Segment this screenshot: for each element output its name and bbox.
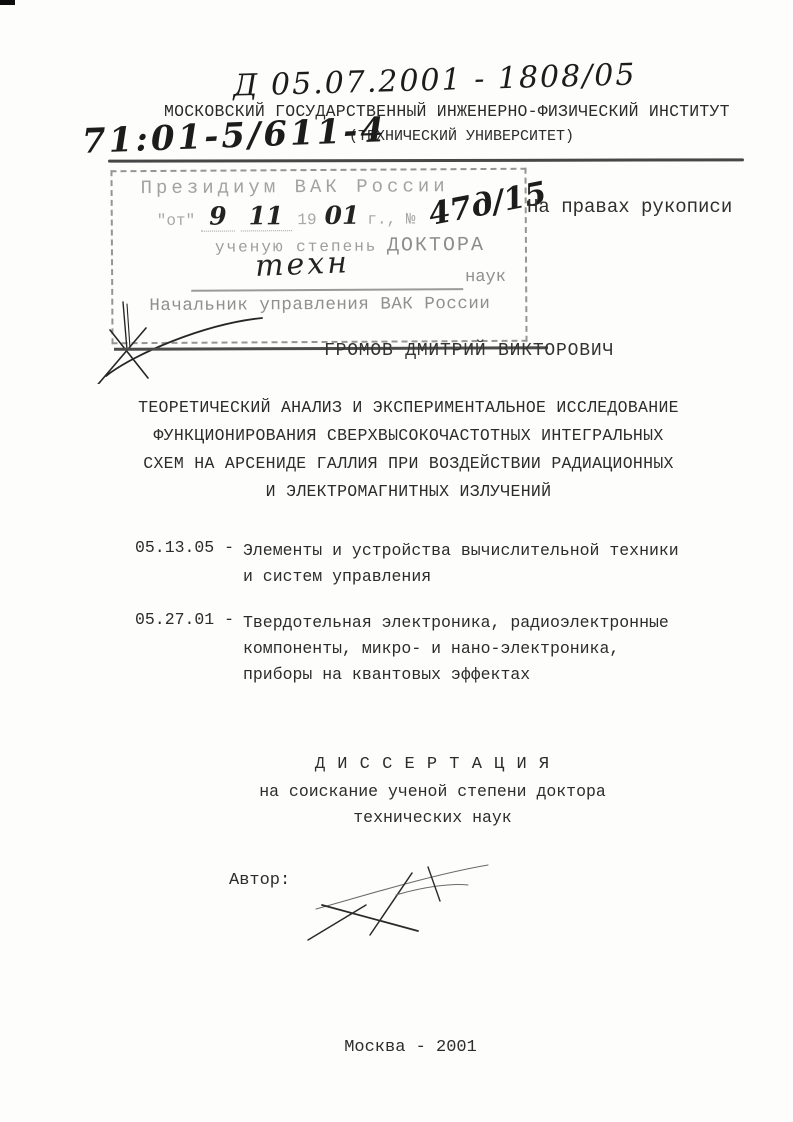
registration-number-handwriting: Д 05.07.2001 - 1808/05 <box>233 57 637 103</box>
specialty-text-line: и систем управления <box>243 564 679 590</box>
stamp-nauk-label: наук <box>465 268 506 287</box>
stamp-year-prefix: 19 <box>297 211 316 229</box>
title-line: СХЕМ НА АРСЕНИДЕ ГАЛЛИЯ ПРИ ВОЗДЕЙСТВИИ … <box>24 450 793 478</box>
stamp-year-handwriting: 01 <box>322 201 361 230</box>
city-year: Москва - 2001 <box>14 1038 793 1057</box>
dissertation-subtitle-line: на соискание ученой степени доктора <box>36 779 793 805</box>
specialty-text-line: компоненты, микро- и нано-электроника, <box>243 636 669 662</box>
stamp-signature <box>92 292 277 384</box>
dissertation-statement: Д И С С Е Р Т А Ц И Я на соискание учено… <box>36 750 793 831</box>
author-label: Автор: <box>229 871 290 890</box>
dissertation-subtitle-line: технических наук <box>36 805 793 831</box>
stamp-degree-word: ДОКТОРА <box>387 234 485 258</box>
stamp-number-label: г., № <box>367 210 415 228</box>
author-signature <box>298 843 498 943</box>
title-line: И ЭЛЕКТРОМАГНИТНЫХ ИЗЛУЧЕНИЙ <box>24 478 793 506</box>
specialty-text-line: Твердотельная электроника, радиоэлектрон… <box>243 610 669 636</box>
specialty-code: 05.13.05 - <box>135 538 243 557</box>
specialty-text-line: Элементы и устройства вычислительной тех… <box>243 538 679 564</box>
specialty-text-line: приборы на квантовых эффектах <box>243 662 669 688</box>
stamp-from-label: "от" <box>157 212 196 230</box>
specialty-code: 05.27.01 - <box>135 610 243 629</box>
title-line: ФУНКЦИОНИРОВАНИЯ СВЕРХВЫСОКОЧАСТОТНЫХ ИН… <box>24 422 793 450</box>
horizontal-rule <box>108 158 744 162</box>
dissertation-heading: Д И С С Е Р Т А Ц И Я <box>36 750 793 779</box>
manuscript-rights-note: На правах рукописи <box>527 196 732 218</box>
specialty-item-05-27-01: 05.27.01 - Твердотельная электроника, ра… <box>135 610 669 688</box>
stamp-field-handwriting: техн <box>254 245 350 284</box>
author-name: ГРОМОВ ДМИТРИЙ ВИКТОРОВИЧ <box>324 341 614 361</box>
specialty-item-05-13-05: 05.13.05 - Элементы и устройства вычисли… <box>135 538 679 590</box>
stamp-day-handwriting: 9 <box>201 202 235 232</box>
dissertation-title: ТЕОРЕТИЧЕСКИЙ АНАЛИЗ И ЭКСПЕРИМЕНТАЛЬНОЕ… <box>0 394 793 506</box>
title-line: ТЕОРЕТИЧЕСКИЙ АНАЛИЗ И ЭКСПЕРИМЕНТАЛЬНОЕ… <box>24 394 793 422</box>
catalog-code-handwriting: 71:01-5/611-4 <box>81 110 387 162</box>
stamp-date-line: "от" 9 11 19 01 г., № <box>157 200 416 232</box>
scan-artifact-corner <box>0 0 15 5</box>
stamp-month-handwriting: 11 <box>240 201 291 231</box>
stamp-org-line: Президиум ВАК России <box>141 175 449 199</box>
dissertation-title-page: Д 05.07.2001 - 1808/05 МОСКОВСКИЙ ГОСУДА… <box>0 0 793 1122</box>
